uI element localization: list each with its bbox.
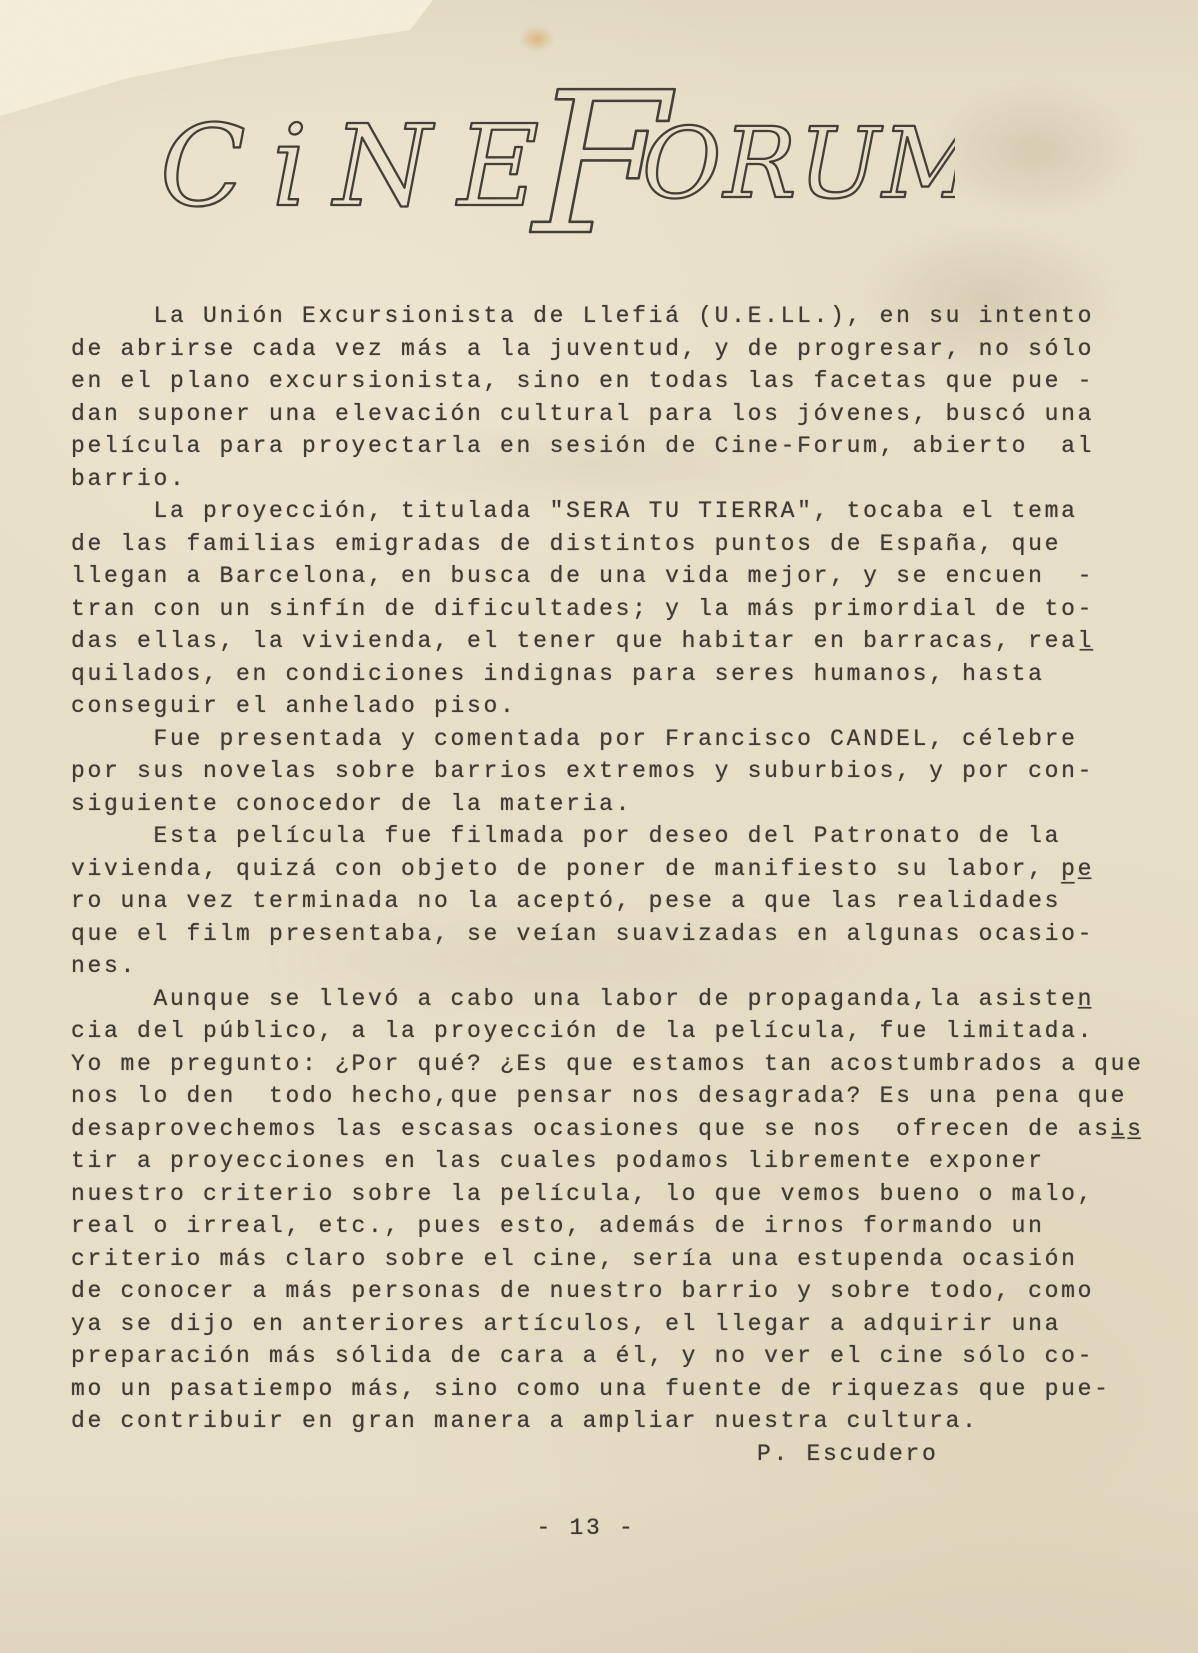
scanned-magazine-page: { "document": { "kind": "scanned typewri… (0, 0, 1198, 1653)
text-line: Aunque se llevó a cabo una labor de prop… (71, 983, 1181, 1016)
text-line: que el film presentaba, se veían suaviza… (71, 918, 1181, 951)
text-line: en el plano excursionista, sino en todas… (71, 365, 1181, 398)
text-line: por sus novelas sobre barrios extremos y… (71, 755, 1181, 788)
text-line: criterio más claro sobre el cine, sería … (71, 1243, 1181, 1276)
text-line: nes. (71, 950, 1181, 983)
text-line: quilados, en condiciones indignas para s… (71, 658, 1181, 691)
text-line: ya se dijo en anteriores artículos, el l… (71, 1308, 1181, 1341)
text-line: La Unión Excursionista de Llefiá (U.E.LL… (71, 300, 1181, 333)
text-line: siguiente conocedor de la materia. (71, 788, 1181, 821)
text-line: cia del público, a la proyección de la p… (71, 1015, 1181, 1048)
paragraph: La proyección, titulada "SERA TU TIERRA"… (71, 495, 1181, 723)
text-line: nuestro criterio sobre la película, lo q… (71, 1178, 1181, 1211)
text-line: das ellas, la vivienda, el tener que hab… (71, 625, 1181, 658)
text-line: tran con un sinfín de dificultades; y la… (71, 593, 1181, 626)
text-line: dan suponer una elevación cultural para … (71, 398, 1181, 431)
paragraph: Esta película fue filmada por deseo del … (71, 820, 1181, 983)
text-line: llegan a Barcelona, en busca de una vida… (71, 560, 1181, 593)
article-text: La Unión Excursionista de Llefiá (U.E.LL… (71, 300, 1181, 1438)
page-number: - 13 - (0, 1515, 1172, 1541)
text-line: barrio. (71, 463, 1181, 496)
text-line: de conocer a más personas de nuestro bar… (71, 1275, 1181, 1308)
text-line: mo un pasatiempo más, sino como una fuen… (71, 1373, 1181, 1406)
text-line: nos lo den todo hecho,que pensar nos des… (71, 1080, 1181, 1113)
text-line: tir a proyecciones en las cuales podamos… (71, 1145, 1181, 1178)
author-signature: P. Escudero (757, 1441, 939, 1467)
text-line: desaprovechemos las escasas ocasiones qu… (71, 1113, 1181, 1146)
title-word-cine: CiNE (160, 102, 565, 232)
paragraph: Fue presentada y comentada por Francisco… (71, 723, 1181, 821)
text-line: vivienda, quizá con objeto de poner de m… (71, 853, 1181, 886)
ink-showthrough-smudge (930, 85, 1140, 215)
text-line: de contribuir en gran manera a ampliar n… (71, 1405, 1181, 1438)
text-line: La proyección, titulada "SERA TU TIERRA"… (71, 495, 1181, 528)
text-line: conseguir el anhelado piso. (71, 690, 1181, 723)
text-line: real o irreal, etc., pues esto, además d… (71, 1210, 1181, 1243)
page-title: CiNE F ORUM (145, 80, 955, 290)
text-line: Yo me pregunto: ¿Por qué? ¿Es que estamo… (71, 1048, 1181, 1081)
text-line: preparación más sólida de cara a él, y n… (71, 1340, 1181, 1373)
text-line: ro una vez terminada no la aceptó, pese … (71, 885, 1181, 918)
text-line: Fue presentada y comentada por Francisco… (71, 723, 1181, 756)
text-line: de abrirse cada vez más a la juventud, y… (71, 333, 1181, 366)
text-line: Esta película fue filmada por deseo del … (71, 820, 1181, 853)
paragraph: Aunque se llevó a cabo una labor de prop… (71, 983, 1181, 1438)
paragraph: La Unión Excursionista de Llefiá (U.E.LL… (71, 300, 1181, 495)
title-word-orum: ORUM (642, 107, 955, 220)
text-line: de las familias emigradas de distintos p… (71, 528, 1181, 561)
paper-stain (520, 26, 554, 52)
text-line: película para proyectarla en sesión de C… (71, 430, 1181, 463)
